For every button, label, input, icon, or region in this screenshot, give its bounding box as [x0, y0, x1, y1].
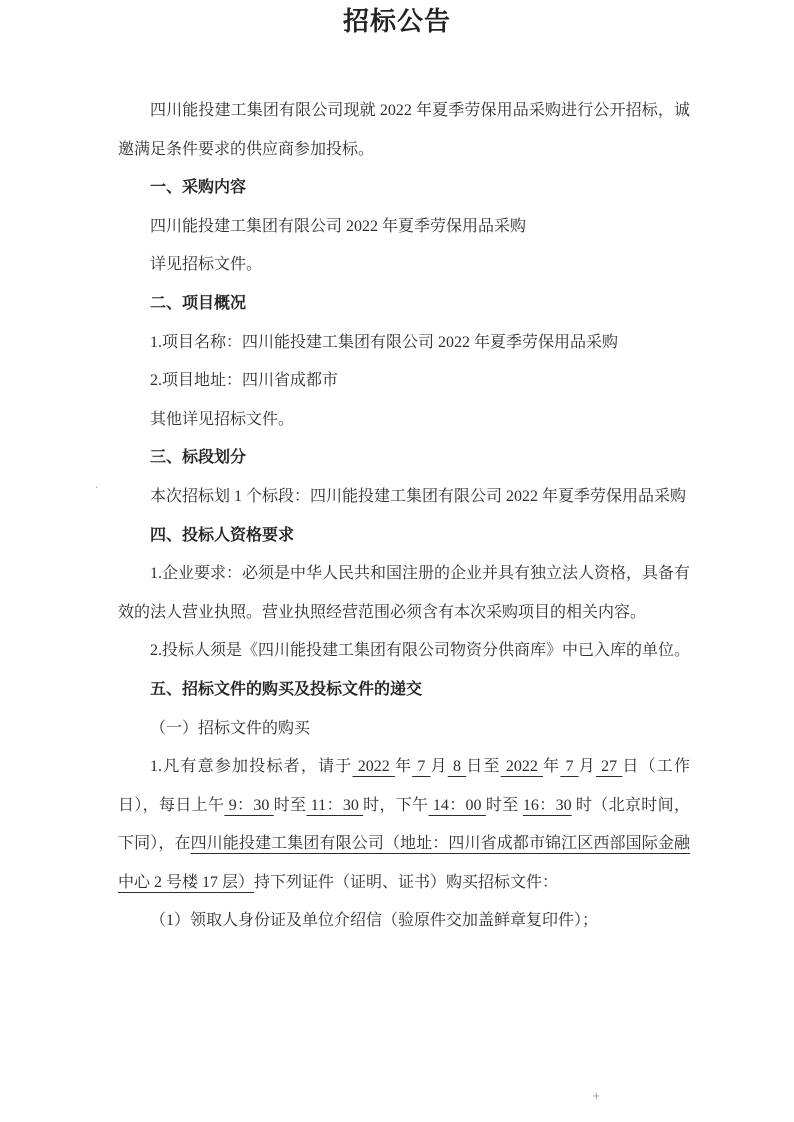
text-run: 五、招标文件的购买及投标文件的递交 [150, 681, 422, 698]
text-run: 其他详见招标文件。 [150, 411, 294, 428]
text-run: 详见招标文件。 [150, 256, 262, 273]
section-5-item-1: 1.凡有意参加投标者，请于 2022 年 7 月 8 日至 2022 年 7 月… [118, 748, 690, 902]
underlined-text: 7 [560, 758, 578, 775]
text-run: 年 [395, 758, 412, 775]
text-run: 四、投标人资格要求 [150, 527, 294, 544]
text-run: 本次招标划 1 个标段：四川能投建工集团有限公司 2022 年夏季劳保用品采购 [150, 488, 686, 505]
text-run: （一）招标文件的购买 [150, 720, 310, 737]
section-5-heading: 五、招标文件的购买及投标文件的递交 [118, 671, 690, 710]
document-page: 招标公告 四川能投建工集团有限公司现就 2022 年夏季劳保用品采购进行公开招标… [0, 0, 794, 1122]
text-run: 1.企业要求：必须是中华人民共和国注册的企业并具有独立法人资格，具备有效的法人营… [118, 565, 690, 621]
text-run: （1）领取人身份证及单位介绍信（验原件交加盖鲜章复印件）； [150, 912, 598, 929]
text-run: 一、采购内容 [150, 179, 246, 196]
text-run: 三、标段划分 [150, 449, 246, 466]
section-3-heading: 三、标段划分 [118, 439, 690, 478]
document-title: 招标公告 [0, 0, 794, 42]
intro-paragraph: 四川能投建工集团有限公司现就 2022 年夏季劳保用品采购进行公开招标，诚邀满足… [118, 92, 690, 169]
section-5-sub-1: （一）招标文件的购买 [118, 710, 690, 749]
text-run: 2.项目地址：四川省成都市 [150, 372, 338, 389]
scan-artifact: · [95, 484, 98, 494]
text-run: 时至 [274, 797, 307, 814]
text-run: 2.投标人须是《四川能投建工集团有限公司物资分供商库》中已入库的单位。 [150, 642, 690, 659]
document-body: 四川能投建工集团有限公司现就 2022 年夏季劳保用品采购进行公开招标，诚邀满足… [118, 92, 690, 941]
text-run: 持下列证件（证明、证书）购买招标文件： [254, 874, 558, 891]
text-run: 1.凡有意参加投标者，请于 [150, 758, 353, 775]
text-run: 年 [543, 758, 560, 775]
section-5-item-1-sub-1: （1）领取人身份证及单位介绍信（验原件交加盖鲜章复印件）； [118, 902, 690, 941]
text-run: 时至 [486, 797, 523, 814]
section-2-heading: 二、项目概况 [118, 285, 690, 324]
underlined-text: 7 [412, 758, 430, 775]
section-2-item-2: 2.项目地址：四川省成都市 [118, 362, 690, 401]
section-1-line-2: 详见招标文件。 [118, 246, 690, 285]
text-run: 1.项目名称：四川能投建工集团有限公司 2022 年夏季劳保用品采购 [150, 334, 618, 351]
text-run: 月 [579, 758, 596, 775]
section-4-item-2: 2.投标人须是《四川能投建工集团有限公司物资分供商库》中已入库的单位。 [118, 632, 690, 671]
section-4-item-1: 1.企业要求：必须是中华人民共和国注册的企业并具有独立法人资格，具备有效的法人营… [118, 555, 690, 632]
text-run: 日至 [466, 758, 500, 775]
text-run: 四川能投建工集团有限公司现就 2022 年夏季劳保用品采购进行公开招标，诚邀满足… [118, 102, 690, 158]
section-4-heading: 四、投标人资格要求 [118, 517, 690, 556]
section-3-line-1: 本次招标划 1 个标段：四川能投建工集团有限公司 2022 年夏季劳保用品采购 [118, 478, 690, 517]
text-run: 时，下午 [363, 797, 428, 814]
underlined-text: 14：00 [429, 797, 486, 814]
underlined-text: 16：30 [523, 797, 572, 814]
section-2-item-3: 其他详见招标文件。 [118, 401, 690, 440]
text-run: 二、项目概况 [150, 295, 246, 312]
underlined-text: 27 [596, 758, 622, 775]
text-run: 月 [431, 758, 448, 775]
text-run: 四川能投建工集团有限公司 2022 年夏季劳保用品采购 [150, 218, 526, 235]
section-1-heading: 一、采购内容 [118, 169, 690, 208]
section-2-item-1: 1.项目名称：四川能投建工集团有限公司 2022 年夏季劳保用品采购 [118, 324, 690, 363]
underlined-text: 8 [448, 758, 466, 775]
underlined-text: 2022 [501, 758, 543, 775]
scan-artifact: + [592, 1092, 600, 1102]
underlined-text: 9：30 [224, 797, 273, 814]
underlined-text: 2022 [353, 758, 395, 775]
underlined-text: 11：30 [306, 797, 363, 814]
section-1-line-1: 四川能投建工集团有限公司 2022 年夏季劳保用品采购 [118, 208, 690, 247]
